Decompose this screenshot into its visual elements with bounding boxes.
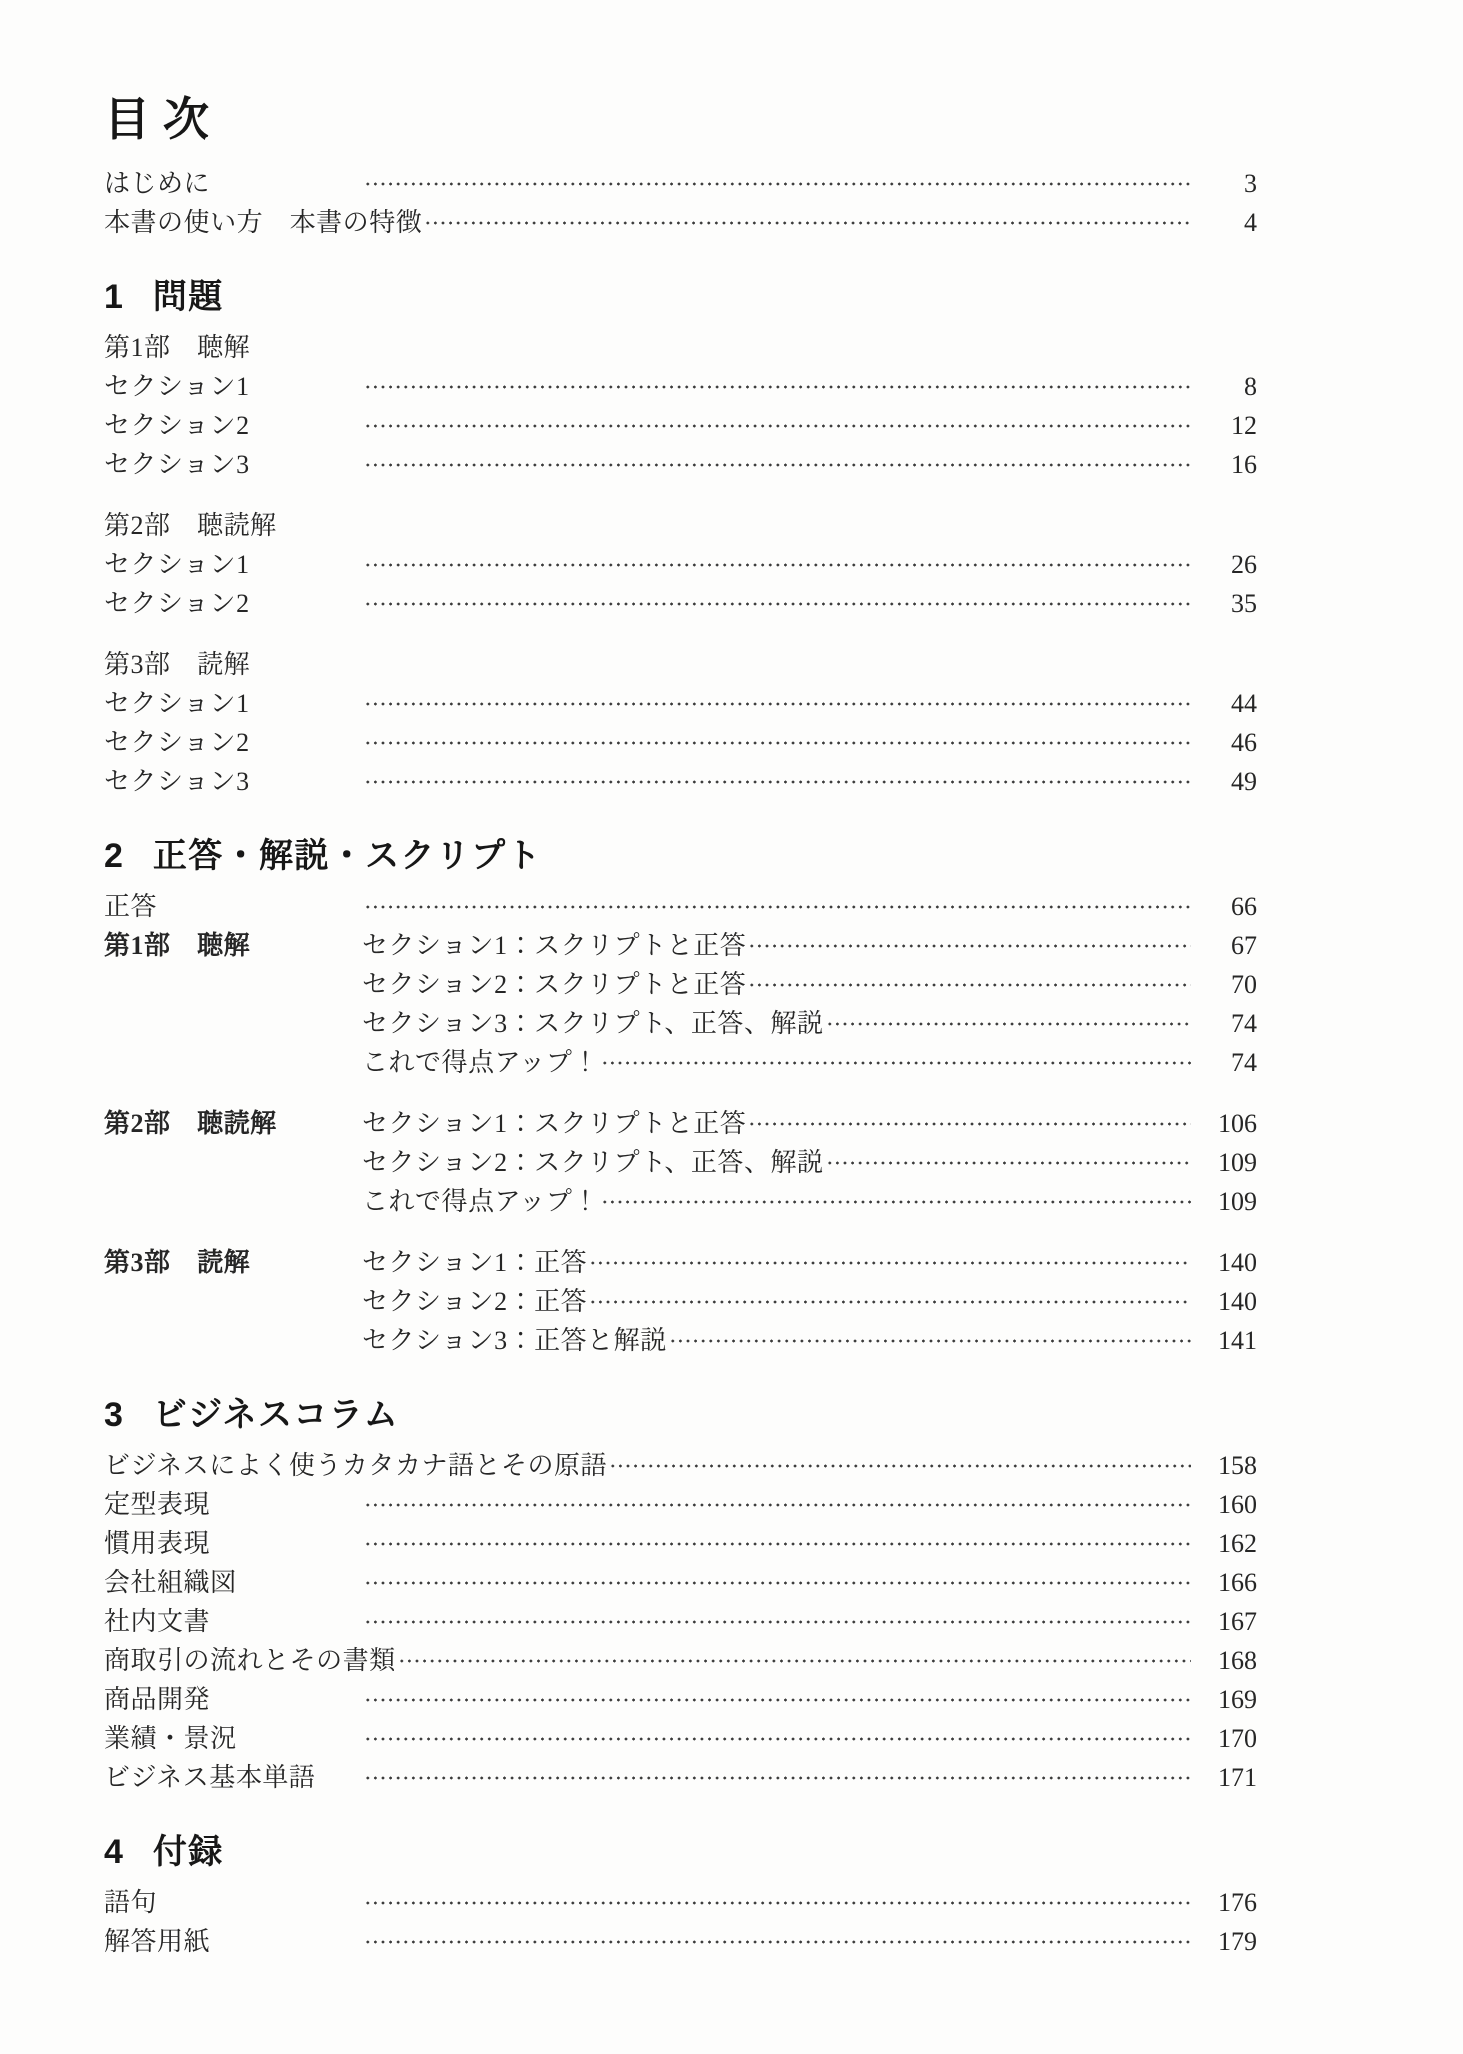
dot-leader (364, 1939, 1191, 1945)
toc-entry-label: 本書の使い方 本書の特徴 (104, 203, 422, 242)
page-number: 171 (1201, 1758, 1257, 1797)
part-group-rows: セクション1：正答 140 セクション2：正答 140 セクション3：正答と解説… (362, 1243, 1257, 1360)
dot-leader (364, 701, 1191, 707)
dot-leader (364, 562, 1191, 568)
toc-entry: セクション2：正答 140 (362, 1282, 1257, 1321)
toc-entry: これで得点アップ！ 109 (362, 1182, 1257, 1221)
section3-rows: ビジネスによく使うカタカナ語とその原語 158 定型表現 160 慣用表現 16… (104, 1446, 1257, 1797)
section-number: 2 (104, 837, 123, 875)
toc-entry-label: 語句 (104, 1883, 362, 1922)
part-group-rows: セクション1：スクリプトと正答 106 セクション2：スクリプト、正答、解説 1… (362, 1104, 1257, 1221)
part-group: 第2部 聴読解 セクション1：スクリプトと正答 106 セクション2：スクリプト… (104, 1104, 1257, 1221)
page-number: 16 (1201, 445, 1257, 484)
dot-leader (669, 1338, 1191, 1344)
toc-entry: 社内文書 167 (104, 1602, 1257, 1641)
toc-entry-label: セクション1 (104, 545, 362, 584)
section-number: 1 (104, 278, 123, 316)
section-heading: 3ビジネスコラム (104, 1394, 1257, 1436)
page-number: 176 (1201, 1883, 1257, 1922)
toc-entry-label: 慣用表現 (104, 1524, 362, 1563)
dot-leader (826, 1021, 1191, 1027)
toc-entry: セクション2 12 (104, 406, 1257, 445)
toc-entry-label: セクション2：正答 (362, 1282, 587, 1321)
part-group: 第3部 読解 セクション1：正答 140 セクション2：正答 140 セクション… (104, 1243, 1257, 1360)
part-label: 第1部 聴解 (104, 926, 362, 965)
page-number: 179 (1201, 1922, 1257, 1961)
dot-leader (364, 740, 1191, 746)
part-label: 第2部 聴読解 (104, 1104, 362, 1143)
part-label: 第3部 読解 (104, 1243, 362, 1282)
dot-leader (364, 1502, 1191, 1508)
toc-entry-label: これで得点アップ！ (362, 1043, 599, 1082)
part-header: 第3部 読解 (104, 645, 1257, 684)
page-number: 74 (1201, 1043, 1257, 1082)
toc-entry: これで得点アップ！ 74 (362, 1043, 1257, 1082)
page-number: 162 (1201, 1524, 1257, 1563)
toc-entry-label: ビジネス基本単語 (104, 1758, 362, 1797)
dot-leader (364, 423, 1191, 429)
toc-entry: 会社組織図 166 (104, 1563, 1257, 1602)
toc-entry-label: 会社組織図 (104, 1563, 362, 1602)
toc-entry-label: セクション1：スクリプトと正答 (362, 926, 746, 965)
toc-entry-label: セクション3 (104, 445, 362, 484)
page-number: 141 (1201, 1321, 1257, 1360)
page-number: 26 (1201, 545, 1257, 584)
toc-entry-label: セクション2 (104, 406, 362, 445)
toc-page: 目次 はじめに 3 本書の使い方 本書の特徴 4 1問題 第1部 聴解 セクショ… (0, 0, 1463, 2054)
page-number: 3 (1201, 164, 1257, 203)
toc-entry: セクション1：スクリプトと正答 67 (362, 926, 1257, 965)
toc-entry-label: セクション3：正答と解説 (362, 1321, 667, 1360)
dot-leader (364, 779, 1191, 785)
toc-entry-label: 商品開発 (104, 1680, 362, 1719)
section-title: 正答・解説・スクリプト (153, 837, 542, 875)
part-group: 第2部 聴読解 セクション1 26 セクション2 35 (104, 506, 1257, 623)
dot-leader (364, 1775, 1191, 1781)
part-group: 第1部 聴解 セクション1：スクリプトと正答 67 セクション2：スクリプトと正… (104, 926, 1257, 1082)
dot-leader (364, 601, 1191, 607)
dot-leader (364, 1697, 1191, 1703)
toc-entry-label: セクション2：スクリプト、正答、解説 (362, 1143, 824, 1182)
part-group: 第1部 聴解 セクション1 8 セクション2 12 セクション3 16 (104, 328, 1257, 484)
dot-leader (826, 1160, 1191, 1166)
page-number: 70 (1201, 965, 1257, 1004)
toc-entry-label: セクション1 (104, 367, 362, 406)
toc-entry-label: ビジネスによく使うカタカナ語とその原語 (104, 1446, 607, 1485)
toc-entry: セクション3 49 (104, 762, 1257, 801)
toc-entry: 定型表現 160 (104, 1485, 1257, 1524)
page-number: 158 (1201, 1446, 1257, 1485)
dot-leader (364, 181, 1191, 187)
page-number: 74 (1201, 1004, 1257, 1043)
dot-leader (364, 384, 1191, 390)
toc-entry-label: セクション1 (104, 684, 362, 723)
dot-leader (589, 1299, 1191, 1305)
page-number: 66 (1201, 887, 1257, 926)
toc-entry: 語句 176 (104, 1883, 1257, 1922)
dot-leader (364, 1619, 1191, 1625)
toc-entry: ビジネスによく使うカタカナ語とその原語 158 (104, 1446, 1257, 1485)
toc-entry-label: セクション1：正答 (362, 1243, 587, 1282)
page-number: 109 (1201, 1182, 1257, 1221)
toc-entry-label: セクション2 (104, 584, 362, 623)
dot-leader (364, 1900, 1191, 1906)
page-number: 49 (1201, 762, 1257, 801)
toc-entry: 慣用表現 162 (104, 1524, 1257, 1563)
toc-entry-label: セクション2：スクリプトと正答 (362, 965, 746, 1004)
page-number: 167 (1201, 1602, 1257, 1641)
section-title: 付録 (153, 1833, 224, 1871)
page-number: 168 (1201, 1641, 1257, 1680)
toc-entry-label: セクション3 (104, 762, 362, 801)
dot-leader (748, 1121, 1191, 1127)
toc-entry: 商取引の流れとその書類 168 (104, 1641, 1257, 1680)
page-title: 目次 (104, 94, 1257, 144)
toc-entry: セクション2：スクリプトと正答 70 (362, 965, 1257, 1004)
dot-leader (748, 943, 1191, 949)
dot-leader (424, 220, 1191, 226)
dot-leader (398, 1658, 1191, 1664)
toc-entry-label: 商取引の流れとその書類 (104, 1641, 396, 1680)
dot-leader (601, 1199, 1191, 1205)
toc-entry-label: 正答 (104, 887, 362, 926)
toc-entry: 商品開発 169 (104, 1680, 1257, 1719)
toc-entry-label: 社内文書 (104, 1602, 362, 1641)
part-header: 第2部 聴読解 (104, 506, 1257, 545)
page-number: 12 (1201, 406, 1257, 445)
section-title: 問題 (153, 278, 224, 316)
toc-entry-label: これで得点アップ！ (362, 1182, 599, 1221)
toc-entry: セクション3：スクリプト、正答、解説 74 (362, 1004, 1257, 1043)
page-number: 140 (1201, 1282, 1257, 1321)
toc-entry: セクション2 35 (104, 584, 1257, 623)
page-number: 170 (1201, 1719, 1257, 1758)
section-number: 4 (104, 1833, 123, 1871)
toc-entry: 本書の使い方 本書の特徴 4 (104, 203, 1257, 242)
section-heading: 4付録 (104, 1831, 1257, 1873)
toc-entry: セクション1 26 (104, 545, 1257, 584)
toc-entry: セクション1：スクリプトと正答 106 (362, 1104, 1257, 1143)
toc-entry: ビジネス基本単語 171 (104, 1758, 1257, 1797)
dot-leader (364, 1541, 1191, 1547)
toc-entry-label: セクション1：スクリプトと正答 (362, 1104, 746, 1143)
frontmatter-block: はじめに 3 本書の使い方 本書の特徴 4 (104, 164, 1257, 242)
dot-leader (609, 1463, 1191, 1469)
part-group: 第3部 読解 セクション1 44 セクション2 46 セクション3 49 (104, 645, 1257, 801)
toc-entry: 正答 66 (104, 887, 1257, 926)
toc-entry-label: はじめに (104, 164, 362, 203)
dot-leader (748, 982, 1191, 988)
toc-entry-label: セクション3：スクリプト、正答、解説 (362, 1004, 824, 1043)
page-number: 169 (1201, 1680, 1257, 1719)
section-title: ビジネスコラム (153, 1396, 399, 1434)
dot-leader (364, 462, 1191, 468)
page-number: 109 (1201, 1143, 1257, 1182)
dot-leader (364, 904, 1191, 910)
page-number: 140 (1201, 1243, 1257, 1282)
dot-leader (589, 1260, 1191, 1266)
page-number: 166 (1201, 1563, 1257, 1602)
toc-entry: セクション2：スクリプト、正答、解説 109 (362, 1143, 1257, 1182)
toc-entry: はじめに 3 (104, 164, 1257, 203)
dot-leader (364, 1580, 1191, 1586)
toc-entry: 業績・景況 170 (104, 1719, 1257, 1758)
section-number: 3 (104, 1396, 123, 1434)
page-number: 67 (1201, 926, 1257, 965)
section-heading: 2正答・解説・スクリプト (104, 835, 1257, 877)
page-number: 160 (1201, 1485, 1257, 1524)
toc-entry: 解答用紙 179 (104, 1922, 1257, 1961)
toc-entry-label: 業績・景況 (104, 1719, 362, 1758)
toc-entry-label: 定型表現 (104, 1485, 362, 1524)
part-header: 第1部 聴解 (104, 328, 1257, 367)
toc-entry: セクション1 44 (104, 684, 1257, 723)
toc-entry-label: セクション2 (104, 723, 362, 762)
toc-entry: セクション1 8 (104, 367, 1257, 406)
toc-entry-label: 解答用紙 (104, 1922, 362, 1961)
toc-entry: セクション2 46 (104, 723, 1257, 762)
section-heading: 1問題 (104, 276, 1257, 318)
page-number: 46 (1201, 723, 1257, 762)
dot-leader (364, 1736, 1191, 1742)
page-number: 8 (1201, 367, 1257, 406)
page-number: 44 (1201, 684, 1257, 723)
page-number: 106 (1201, 1104, 1257, 1143)
page-number: 4 (1201, 203, 1257, 242)
dot-leader (601, 1060, 1191, 1066)
toc-entry: セクション1：正答 140 (362, 1243, 1257, 1282)
part-group-rows: セクション1：スクリプトと正答 67 セクション2：スクリプトと正答 70 セク… (362, 926, 1257, 1082)
toc-entry: セクション3：正答と解説 141 (362, 1321, 1257, 1360)
section4-rows: 語句 176 解答用紙 179 (104, 1883, 1257, 1961)
toc-entry: セクション3 16 (104, 445, 1257, 484)
page-number: 35 (1201, 584, 1257, 623)
